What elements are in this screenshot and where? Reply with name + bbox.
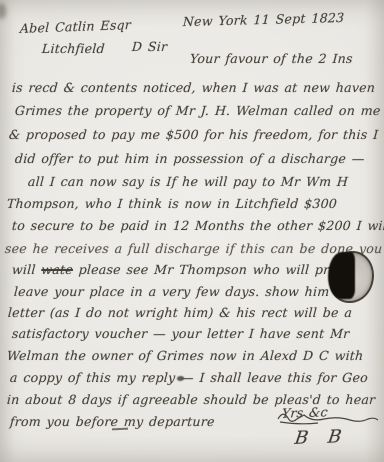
opening-line: Your favour of the 2 Ins <box>189 51 353 66</box>
wax-seal-ink-blot <box>329 251 374 303</box>
letter-line: Welman the owner of Grimes now in Alexd … <box>6 348 363 363</box>
letter-line: to secure to be paid in 12 Months the ot… <box>11 218 384 233</box>
letter-line: & proposed to pay me $500 for his freedo… <box>8 127 378 142</box>
letter-line: see he receives a full discharge if this… <box>4 241 382 256</box>
letter-line: a coppy of this my reply — I shall leave… <box>9 370 368 385</box>
pen-underscore-mark <box>112 428 128 430</box>
seal-dark-crescent <box>328 252 355 299</box>
edge-smudge <box>0 3 6 19</box>
letter-line: letter (as I do not wright him) & his re… <box>7 305 352 320</box>
letter-line: satisfactory voucher — your letter I hav… <box>11 326 350 341</box>
addressee-name: Abel Catlin Esqr <box>20 17 132 36</box>
letter-line: did offer to put him in possession of a … <box>14 151 365 166</box>
dateline: New York 11 Sept 1823 <box>183 10 345 29</box>
letter-line: leave your place in a very few days. sho… <box>13 284 360 299</box>
addressee-place: Litchfield <box>41 41 105 56</box>
letter-line: all I can now say is If he will pay to M… <box>27 174 348 189</box>
letter-line-with-strikethrough: will wate please see Mr Thompson who wil… <box>11 262 373 277</box>
letter-page: New York 11 Sept 1823 Abel Catlin Esqr L… <box>0 0 384 462</box>
letter-line: from you before my departure <box>9 414 215 429</box>
signature-initials: B B <box>293 426 349 449</box>
letter-line: Thompson, who I think is now in Litchfie… <box>6 196 337 211</box>
struck-word: wate <box>41 262 74 277</box>
line-text: will <box>11 262 41 277</box>
letter-line: is recd & contents noticed, when I was a… <box>11 80 375 95</box>
salutation: D Sir <box>131 39 167 54</box>
pen-flourish <box>276 409 380 427</box>
letter-line: Grimes the property of Mr J. H. Welman c… <box>14 103 381 118</box>
